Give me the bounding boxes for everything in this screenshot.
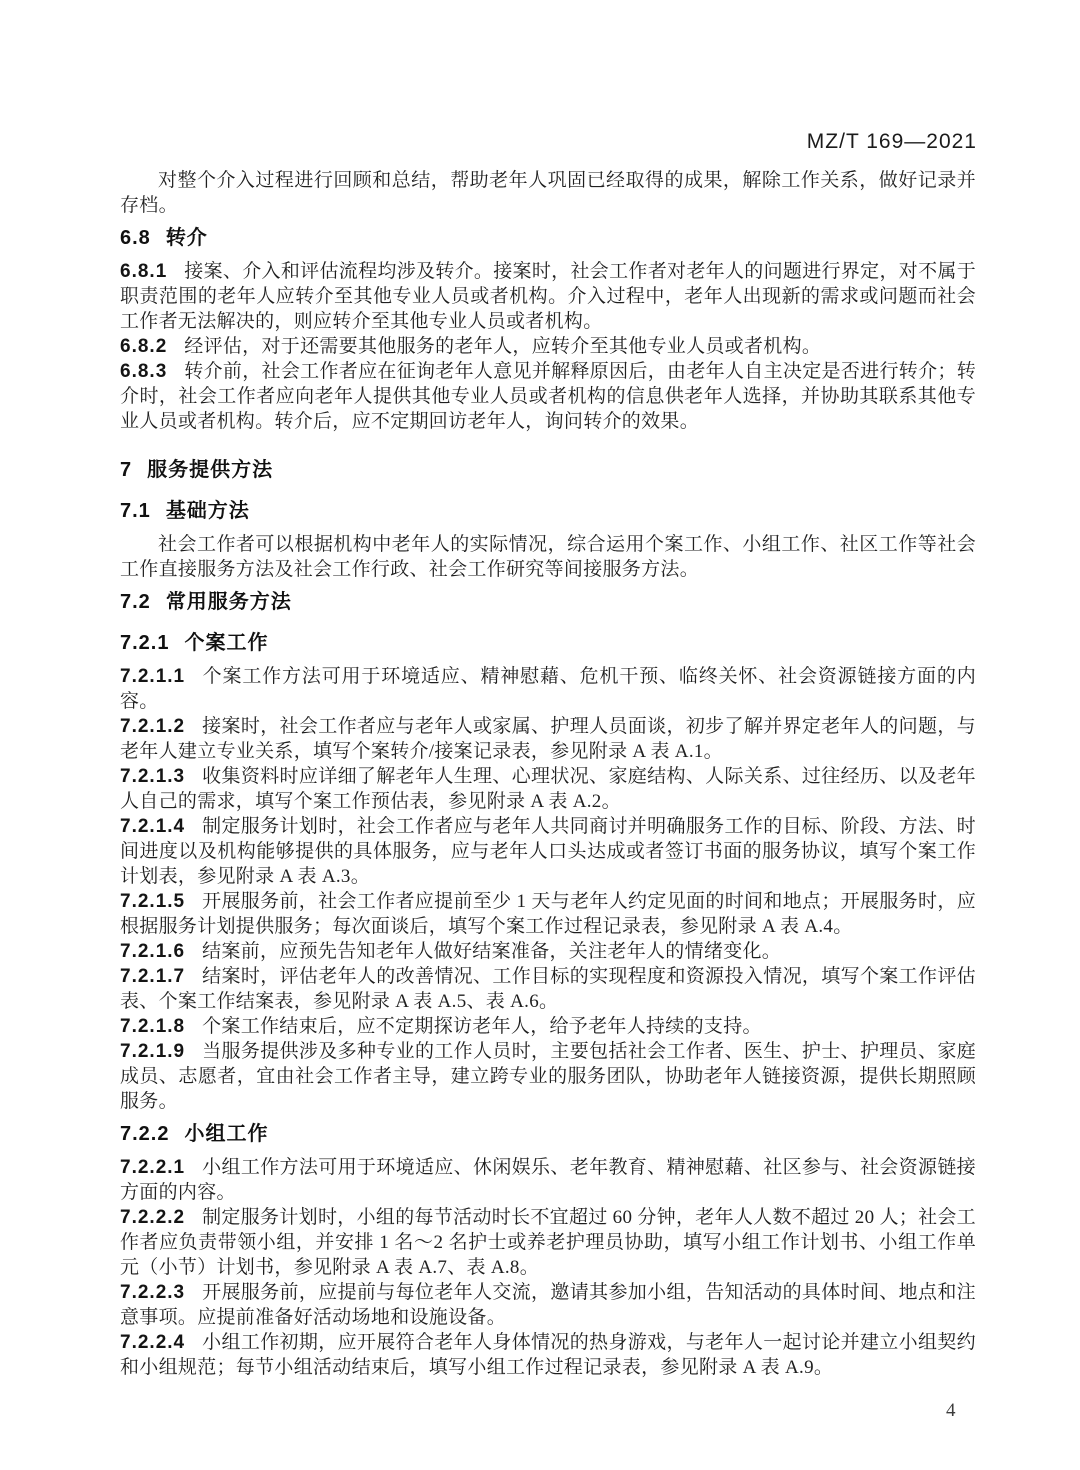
page-content: 对整个介入过程进行回顾和总结，帮助老年人巩固已经取得的成果，解除工作关系，做好记… [120,168,976,1380]
clause-text: 当服务提供涉及多种专业的工作人员时，主要包括社会工作者、医生、护士、护理员、家庭… [120,1041,976,1112]
clause-number: 7.2.1.2 [120,716,185,737]
clause-number: 7.2.2.2 [120,1207,185,1228]
clause-text: 收集资料时应详细了解老年人生理、心理状况、家庭结构、人际关系、过往经历、以及老年… [120,766,976,812]
clause-text: 转介前，社会工作者应在征询老年人意见并解释原因后，由老年人自主决定是否进行转介；… [120,361,976,432]
heading-title: 小组工作 [184,1123,268,1145]
heading-7-1: 7.1基础方法 [120,491,976,532]
clause-6-8-2: 6.8.2经评估，对于还需要其他服务的老年人，应转介至其他专业人员或者机构。 [120,334,976,359]
heading-number: 6.8 [120,227,151,249]
clause-number: 7.2.1.3 [120,766,185,787]
clause-text: 制定服务计划时，社会工作者应与老年人共同商讨并明确服务工作的目标、阶段、方法、时… [120,816,976,887]
clause-text: 开展服务前，社会工作者应提前至少 1 天与老年人约定见面的时间和地点；开展服务时… [120,891,976,937]
clause-number: 7.2.1.6 [120,941,185,962]
clause-text: 小组工作初期，应开展符合老年人身体情况的热身游戏，与老年人一起讨论并建立小组契约… [120,1332,976,1378]
heading-number: 7 [120,459,132,481]
clause-7-2-1-2: 7.2.1.2接案时，社会工作者应与老年人或家属、护理人员面谈，初步了解并界定老… [120,714,976,764]
clause-number: 7.2.1.4 [120,816,185,837]
clause-number: 7.2.2.4 [120,1332,185,1353]
clause-text: 制定服务计划时，小组的每节活动时长不宜超过 60 分钟，老年人人数不超过 20 … [120,1207,976,1278]
clause-text: 接案时，社会工作者应与老年人或家属、护理人员面谈，初步了解并界定老年人的问题，与… [120,716,976,762]
clause-text: 结案时，评估老年人的改善情况、工作目标的实现程度和资源投入情况，填写个案工作评估… [120,966,976,1012]
heading-title: 个案工作 [184,632,268,654]
clause-7-2-1-1: 7.2.1.1个案工作方法可用于环境适应、精神慰藉、危机干预、临终关怀、社会资源… [120,664,976,714]
page-number: 4 [946,1400,956,1422]
clause-7-2-1-9: 7.2.1.9当服务提供涉及多种专业的工作人员时，主要包括社会工作者、医生、护士… [120,1039,976,1114]
clause-6-8-1: 6.8.1接案、介入和评估流程均涉及转介。接案时，社会工作者对老年人的问题进行界… [120,259,976,334]
clause-6-8-3: 6.8.3转介前，社会工作者应在征询老年人意见并解释原因后，由老年人自主决定是否… [120,359,976,434]
clause-text: 结案前，应预先告知老年人做好结案准备，关注老年人的情绪变化。 [202,941,781,962]
paragraph-7-1: 社会工作者可以根据机构中老年人的实际情况，综合运用个案工作、小组工作、社区工作等… [120,532,976,582]
clause-number: 7.2.1.5 [120,891,185,912]
clause-7-2-1-4: 7.2.1.4制定服务计划时，社会工作者应与老年人共同商讨并明确服务工作的目标、… [120,814,976,889]
clause-number: 7.2.1.7 [120,966,185,987]
heading-7: 7服务提供方法 [120,434,976,491]
clause-7-2-2-2: 7.2.2.2制定服务计划时，小组的每节活动时长不宜超过 60 分钟，老年人人数… [120,1205,976,1280]
heading-title: 常用服务方法 [166,591,292,613]
clause-text: 小组工作方法可用于环境适应、休闲娱乐、老年教育、精神慰藉、社区参与、社会资源链接… [120,1157,976,1203]
heading-number: 7.2 [120,591,151,613]
clause-7-2-2-4: 7.2.2.4小组工作初期，应开展符合老年人身体情况的热身游戏，与老年人一起讨论… [120,1330,976,1380]
clause-number: 6.8.2 [120,336,167,357]
clause-number: 7.2.1.1 [120,666,185,687]
clause-7-2-1-6: 7.2.1.6结案前，应预先告知老年人做好结案准备，关注老年人的情绪变化。 [120,939,976,964]
document-page: MZ/T 169—2021 对整个介入过程进行回顾和总结，帮助老年人巩固已经取得… [0,0,1080,1470]
clause-7-2-2-1: 7.2.2.1小组工作方法可用于环境适应、休闲娱乐、老年教育、精神慰藉、社区参与… [120,1155,976,1205]
clause-text: 开展服务前，应提前与每位老年人交流，邀请其参加小组，告知活动的具体时间、地点和注… [120,1282,976,1328]
clause-7-2-1-5: 7.2.1.5开展服务前，社会工作者应提前至少 1 天与老年人约定见面的时间和地… [120,889,976,939]
clause-7-2-1-8: 7.2.1.8个案工作结束后，应不定期探访老年人，给予老年人持续的支持。 [120,1014,976,1039]
clause-number: 7.2.2.3 [120,1282,185,1303]
clause-number: 7.2.2.1 [120,1157,185,1178]
heading-number: 7.2.2 [120,1123,169,1145]
clause-7-2-2-3: 7.2.2.3开展服务前，应提前与每位老年人交流，邀请其参加小组，告知活动的具体… [120,1280,976,1330]
doc-reference: MZ/T 169—2021 [807,130,977,154]
paragraph-intro: 对整个介入过程进行回顾和总结，帮助老年人巩固已经取得的成果，解除工作关系，做好记… [120,168,976,218]
heading-7-2: 7.2常用服务方法 [120,582,976,623]
heading-6-8: 6.8转介 [120,218,976,259]
clause-number: 7.2.1.9 [120,1041,185,1062]
clause-text: 经评估，对于还需要其他服务的老年人，应转介至其他专业人员或者机构。 [184,336,821,357]
heading-title: 基础方法 [166,500,250,522]
clause-text: 个案工作方法可用于环境适应、精神慰藉、危机干预、临终关怀、社会资源链接方面的内容… [120,666,976,712]
clause-number: 6.8.1 [120,261,167,282]
heading-number: 7.2.1 [120,632,169,654]
heading-7-2-2: 7.2.2小组工作 [120,1114,976,1155]
clause-text: 个案工作结束后，应不定期探访老年人，给予老年人持续的支持。 [202,1016,762,1037]
heading-title: 转介 [166,227,208,249]
heading-title: 服务提供方法 [147,459,273,481]
clause-7-2-1-7: 7.2.1.7结案时，评估老年人的改善情况、工作目标的实现程度和资源投入情况，填… [120,964,976,1014]
clause-text: 接案、介入和评估流程均涉及转介。接案时，社会工作者对老年人的问题进行界定，对不属… [120,261,976,332]
heading-number: 7.1 [120,500,151,522]
clause-7-2-1-3: 7.2.1.3收集资料时应详细了解老年人生理、心理状况、家庭结构、人际关系、过往… [120,764,976,814]
clause-number: 6.8.3 [120,361,167,382]
clause-number: 7.2.1.8 [120,1016,185,1037]
heading-7-2-1: 7.2.1个案工作 [120,623,976,664]
